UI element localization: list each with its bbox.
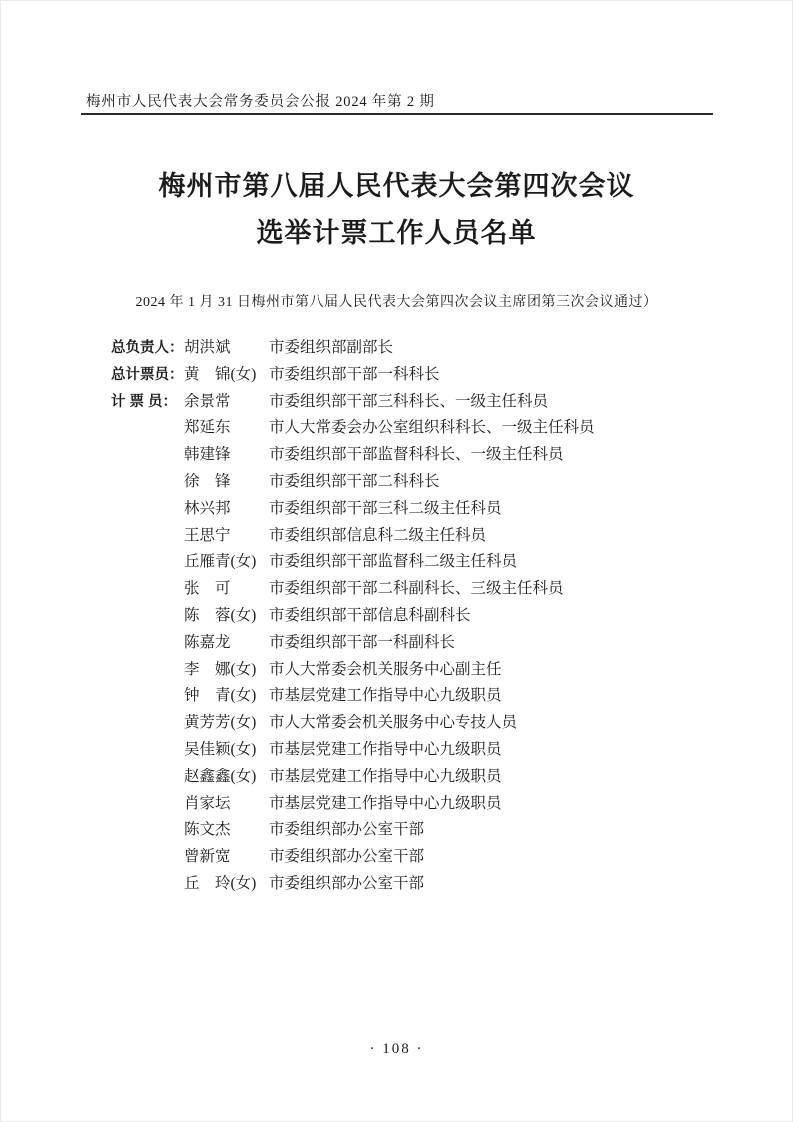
roster-row: 曾新宽 市委组织部办公室干部 — [111, 844, 737, 871]
roster-position: 市委组织部干部一科副科长 — [269, 630, 737, 657]
roster-row: 李 娜(女) 市人大常委会机关服务中心副主任 — [111, 657, 737, 684]
roster-name: 张 可 — [184, 576, 269, 603]
roster-row: 徐 锋 市委组织部干部二科科长 — [111, 469, 737, 496]
roster-position: 市基层党建工作指导中心九级职员 — [269, 764, 737, 791]
document-title: 梅州市第八届人民代表大会第四次会议 选举计票工作人员名单 — [1, 163, 792, 257]
roster-name: 钟 青(女) — [184, 683, 269, 710]
roster-name: 陈嘉龙 — [184, 630, 269, 657]
roster-name: 李 娜(女) — [184, 657, 269, 684]
roster-position: 市委组织部办公室干部 — [269, 871, 737, 898]
roster-row: 陈 蓉(女) 市委组织部干部信息科副科长 — [111, 603, 737, 630]
roster-position: 市人大常委会机关服务中心专技人员 — [269, 710, 737, 737]
roster-row: 赵鑫鑫(女) 市基层党建工作指导中心九级职员 — [111, 764, 737, 791]
roster-list: 总负责人： 胡洪斌 市委组织部副部长 总计票员： 黄 锦(女) 市委组织部干部一… — [111, 335, 737, 898]
roster-row: 黄芳芳(女) 市人大常委会机关服务中心专技人员 — [111, 710, 737, 737]
roster-position: 市人大常委会机关服务中心副主任 — [269, 657, 737, 684]
roster-row: 肖家坛 市基层党建工作指导中心九级职员 — [111, 791, 737, 818]
roster-position: 市委组织部干部一科科长 — [269, 362, 737, 389]
bulletin-header-title: 梅州市人民代表大会常务委员会公报 2024 年第 2 期 — [86, 90, 435, 111]
roster-position: 市委组织部干部信息科副科长 — [269, 603, 737, 630]
roster-role-label: 总计票员： — [111, 362, 184, 389]
roster-name: 丘雁青(女) — [184, 549, 269, 576]
roster-position: 市委组织部干部监督科科长、一级主任科员 — [269, 442, 737, 469]
page-footer: · 108 · — [1, 1041, 792, 1058]
roster-name: 黄 锦(女) — [184, 362, 269, 389]
roster-position: 市基层党建工作指导中心九级职员 — [269, 683, 737, 710]
adoption-note: 2024 年 1 月 31 日梅州市第八届人民代表大会第四次会议主席团第三次会议… — [1, 291, 792, 311]
document-title-line1: 梅州市第八届人民代表大会第四次会议 — [1, 163, 792, 210]
roster-name: 赵鑫鑫(女) — [184, 764, 269, 791]
roster-name: 胡洪斌 — [184, 335, 269, 362]
roster-position: 市基层党建工作指导中心九级职员 — [269, 791, 737, 818]
roster-position: 市委组织部干部三科科长、一级主任科员 — [269, 389, 737, 416]
roster-role-label: 计 票 员： — [111, 389, 184, 416]
roster-position: 市委组织部干部二科科长 — [269, 469, 737, 496]
roster-name: 王思宁 — [184, 523, 269, 550]
roster-position: 市委组织部办公室干部 — [269, 817, 737, 844]
roster-name: 林兴邦 — [184, 496, 269, 523]
roster-position: 市委组织部干部二科副科长、三级主任科员 — [269, 576, 737, 603]
roster-name: 陈文杰 — [184, 817, 269, 844]
roster-row: 总计票员： 黄 锦(女) 市委组织部干部一科科长 — [111, 362, 737, 389]
roster-position: 市委组织部干部监督科二级主任科员 — [269, 549, 737, 576]
roster-name: 黄芳芳(女) — [184, 710, 269, 737]
roster-position: 市人大常委会办公室组织科科长、一级主任科员 — [269, 415, 737, 442]
roster-name: 郑延东 — [184, 415, 269, 442]
roster-row: 郑延东 市人大常委会办公室组织科科长、一级主任科员 — [111, 415, 737, 442]
roster-row: 丘雁青(女) 市委组织部干部监督科二级主任科员 — [111, 549, 737, 576]
roster-row: 王思宁 市委组织部信息科二级主任科员 — [111, 523, 737, 550]
roster-row: 计 票 员： 余景常 市委组织部干部三科科长、一级主任科员 — [111, 389, 737, 416]
document-page: 梅州市人民代表大会常务委员会公报 2024 年第 2 期 梅州市第八届人民代表大… — [0, 0, 793, 1122]
roster-name: 徐 锋 — [184, 469, 269, 496]
roster-position: 市基层党建工作指导中心九级职员 — [269, 737, 737, 764]
roster-position: 市委组织部干部三科二级主任科员 — [269, 496, 737, 523]
roster-name: 丘 玲(女) — [184, 871, 269, 898]
document-title-line2: 选举计票工作人员名单 — [1, 210, 792, 257]
roster-name: 韩建锋 — [184, 442, 269, 469]
roster-row: 张 可 市委组织部干部二科副科长、三级主任科员 — [111, 576, 737, 603]
roster-name: 吴佳颖(女) — [184, 737, 269, 764]
page-number: · 108 · — [370, 1041, 424, 1057]
roster-row: 林兴邦 市委组织部干部三科二级主任科员 — [111, 496, 737, 523]
roster-position: 市委组织部信息科二级主任科员 — [269, 523, 737, 550]
roster-role-label: 总负责人： — [111, 335, 184, 362]
header-rule — [81, 113, 713, 115]
roster-name: 陈 蓉(女) — [184, 603, 269, 630]
roster-name: 余景常 — [184, 389, 269, 416]
roster-row: 陈嘉龙 市委组织部干部一科副科长 — [111, 630, 737, 657]
roster-row: 陈文杰 市委组织部办公室干部 — [111, 817, 737, 844]
roster-position: 市委组织部办公室干部 — [269, 844, 737, 871]
roster-row: 韩建锋 市委组织部干部监督科科长、一级主任科员 — [111, 442, 737, 469]
roster-row: 钟 青(女) 市基层党建工作指导中心九级职员 — [111, 683, 737, 710]
roster-row: 丘 玲(女) 市委组织部办公室干部 — [111, 871, 737, 898]
roster-name: 曾新宽 — [184, 844, 269, 871]
roster-name: 肖家坛 — [184, 791, 269, 818]
roster-row: 总负责人： 胡洪斌 市委组织部副部长 — [111, 335, 737, 362]
roster-row: 吴佳颖(女) 市基层党建工作指导中心九级职员 — [111, 737, 737, 764]
roster-position: 市委组织部副部长 — [269, 335, 737, 362]
